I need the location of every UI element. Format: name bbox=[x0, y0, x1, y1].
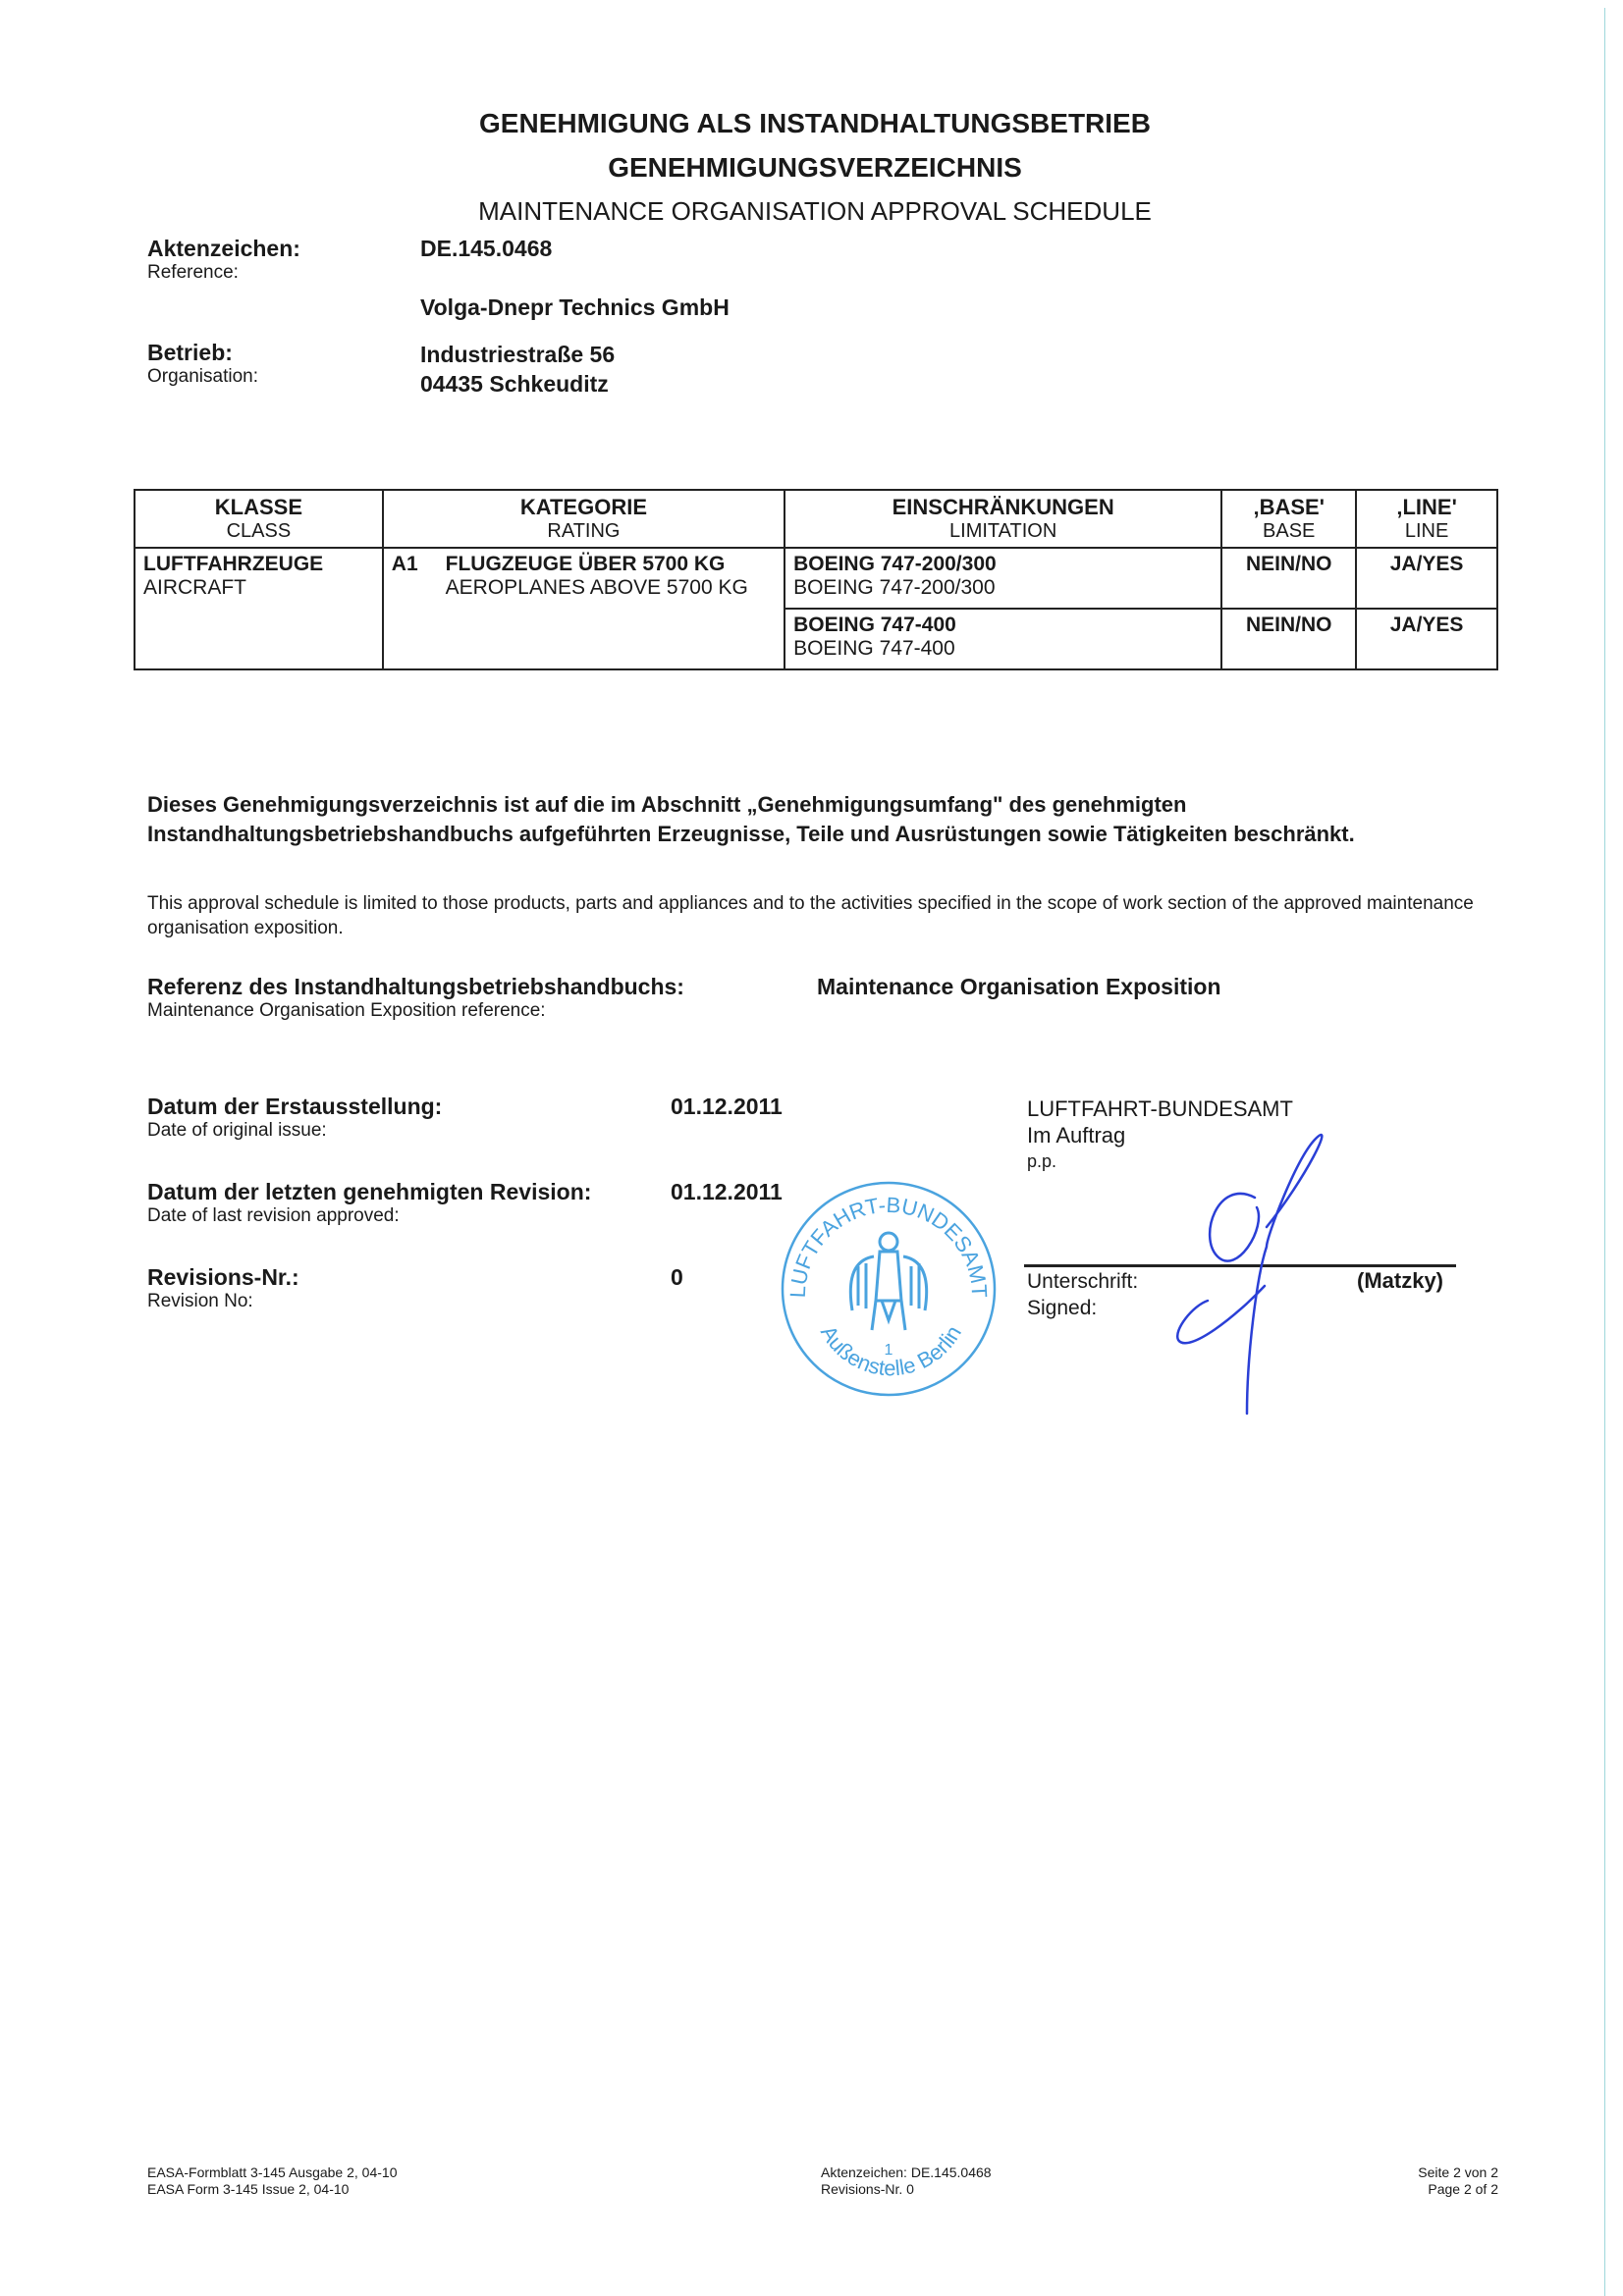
base-cell: NEIN/NO bbox=[1221, 548, 1356, 609]
header-class: KLASSECLASS bbox=[135, 490, 383, 548]
approval-table: KLASSECLASS KATEGORIERATING EINSCHRÄNKUN… bbox=[134, 489, 1498, 670]
title-line2: GENEHMIGUNGSVERZEICHNIS bbox=[412, 152, 1217, 184]
svg-text:LUFTFAHRT-BUNDESAMT: LUFTFAHRT-BUNDESAMT bbox=[785, 1193, 992, 1299]
header-base: ‚BASE'BASE bbox=[1221, 490, 1356, 548]
last-revision-date: 01.12.2011 bbox=[671, 1179, 783, 1205]
signature-icon bbox=[1119, 1119, 1434, 1433]
reference-label: Aktenzeichen: Reference: bbox=[147, 236, 300, 284]
reference-value: DE.145.0468 bbox=[420, 236, 552, 262]
organisation-address: Industriestraße 56 04435 Schkeuditz bbox=[420, 340, 615, 399]
organisation-name: Volga-Dnepr Technics GmbH bbox=[420, 294, 730, 321]
rating-cell: A1 FLUGZEUGE ÜBER 5700 KGAEROPLANES ABOV… bbox=[383, 548, 784, 669]
base-cell: NEIN/NO bbox=[1221, 609, 1356, 669]
stamp-number: 1 bbox=[885, 1342, 893, 1359]
table-row: LUFTFAHRZEUGEAIRCRAFT A1 FLUGZEUGE ÜBER … bbox=[135, 548, 1497, 609]
organisation-label: Betrieb: Organisation: bbox=[147, 340, 258, 388]
scope-text-en: This approval schedule is limited to tho… bbox=[147, 891, 1483, 940]
original-issue-label: Datum der Erstausstellung: Date of origi… bbox=[147, 1094, 442, 1142]
page-edge-line bbox=[1604, 8, 1605, 2296]
header-line: ‚LINE'LINE bbox=[1356, 490, 1497, 548]
footer-reference: Aktenzeichen: DE.145.0468 Revisions-Nr. … bbox=[821, 2164, 992, 2198]
header-rating: KATEGORIERATING bbox=[383, 490, 784, 548]
title-english: MAINTENANCE ORGANISATION APPROVAL SCHEDU… bbox=[412, 196, 1217, 227]
header-limitation: EINSCHRÄNKUNGENLIMITATION bbox=[784, 490, 1221, 548]
moe-reference-value: Maintenance Organisation Exposition bbox=[817, 974, 1221, 1000]
footer-form: EASA-Formblatt 3-145 Ausgabe 2, 04-10 EA… bbox=[147, 2164, 397, 2198]
line-cell: JA/YES bbox=[1356, 609, 1497, 669]
original-issue-date: 01.12.2011 bbox=[671, 1094, 783, 1120]
scope-text-de: Dieses Genehmigungsverzeichnis ist auf d… bbox=[147, 790, 1424, 849]
last-revision-label: Datum der letzten genehmigten Revision: … bbox=[147, 1179, 591, 1227]
limitation-cell: BOEING 747-400BOEING 747-400 bbox=[784, 609, 1221, 669]
line-cell: JA/YES bbox=[1356, 548, 1497, 609]
footer-page-number: Seite 2 von 2 Page 2 of 2 bbox=[1355, 2164, 1498, 2198]
official-stamp-icon: LUFTFAHRT-BUNDESAMT Außenstelle Berlin 1 bbox=[776, 1173, 1001, 1399]
limitation-cell: BOEING 747-200/300BOEING 747-200/300 bbox=[784, 548, 1221, 609]
stamp-top-text: LUFTFAHRT-BUNDESAMT bbox=[785, 1193, 992, 1299]
revision-number-label: Revisions-Nr.: Revision No: bbox=[147, 1264, 299, 1312]
title-line1: GENEHMIGUNG ALS INSTANDHALTUNGSBETRIEB bbox=[412, 108, 1217, 139]
moe-reference-label: Referenz des Instandhaltungsbetriebshand… bbox=[147, 974, 684, 1022]
table-header-row: KLASSECLASS KATEGORIERATING EINSCHRÄNKUN… bbox=[135, 490, 1497, 548]
class-cell: LUFTFAHRZEUGEAIRCRAFT bbox=[135, 548, 383, 669]
revision-number-value: 0 bbox=[671, 1264, 683, 1291]
